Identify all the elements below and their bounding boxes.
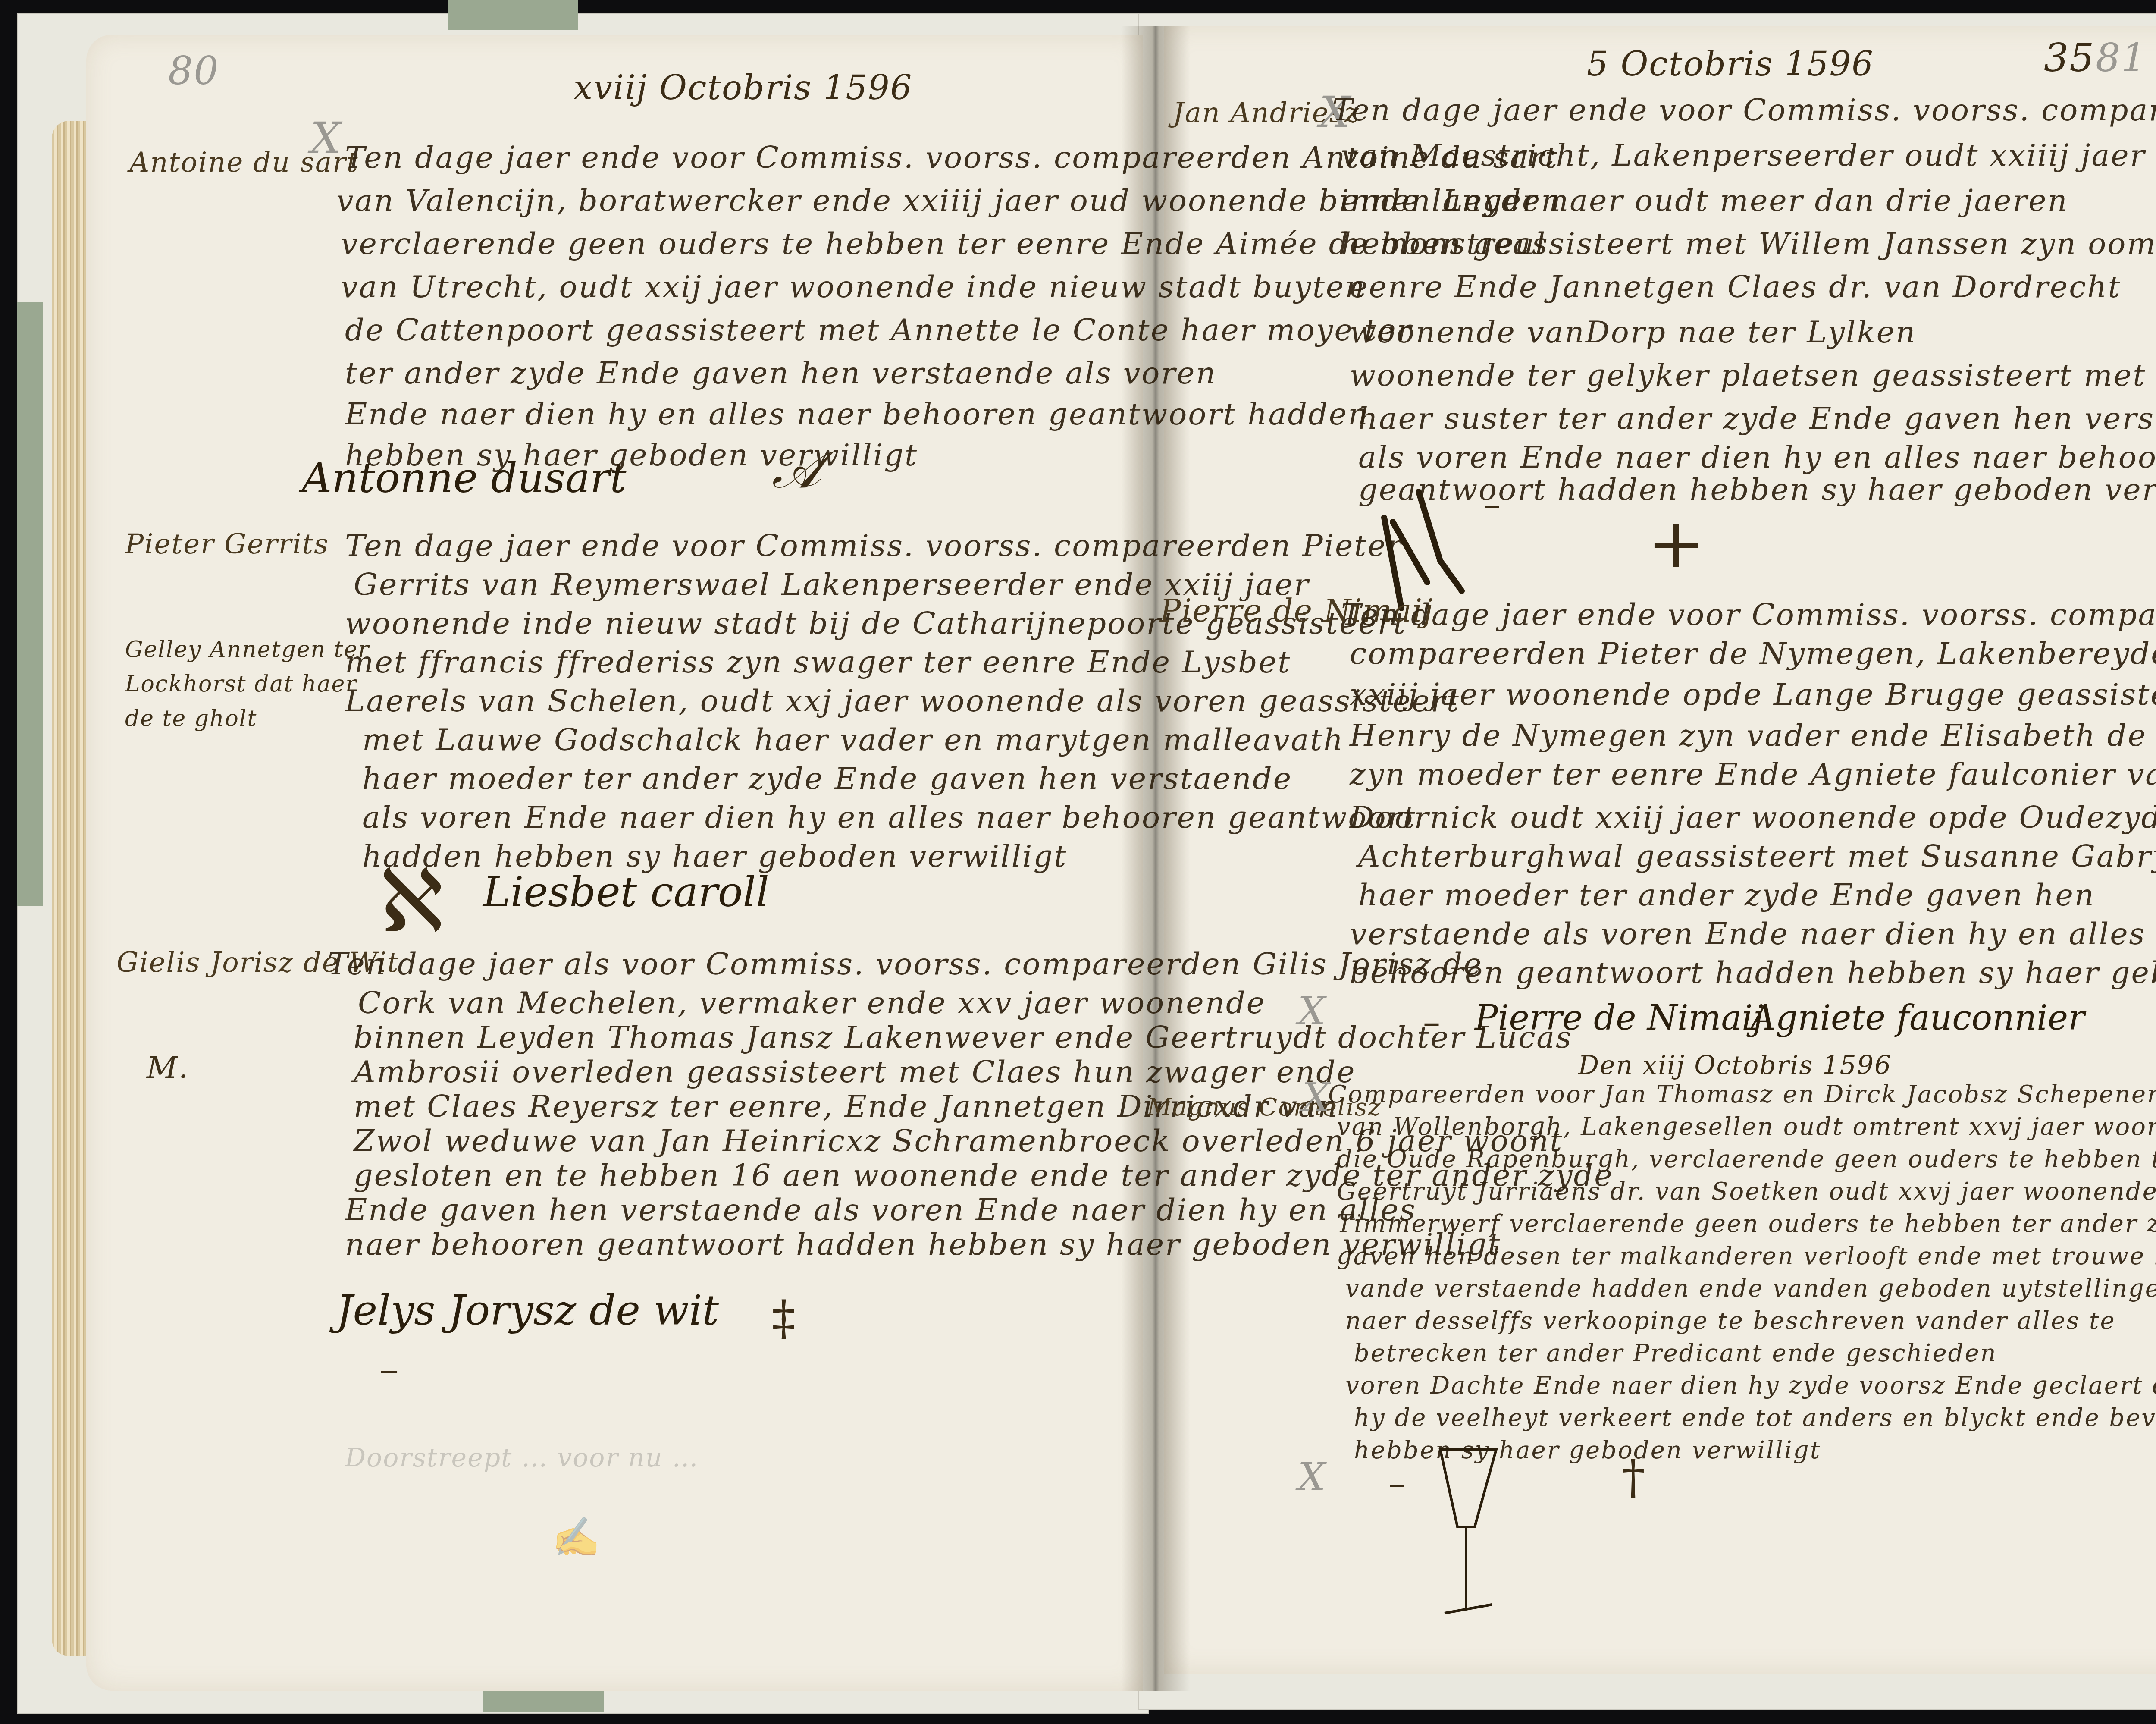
faint-mark: ✍ <box>552 1518 600 1557</box>
entry-line: hebben sy haer geboden verwilligt <box>1354 1438 1821 1463</box>
margin-note: Lockhorst dat haer <box>125 673 357 695</box>
entry-line: haer moeder ter ander zyde Ende gaven he… <box>1358 880 2095 910</box>
pencil-check-mark: X <box>1302 1078 1331 1117</box>
cloth-spine-left <box>17 302 43 906</box>
entry-line: zyn moeder ter eenre Ende Agniete faulco… <box>1350 759 2156 789</box>
pencil-check-mark: X <box>1298 1458 1326 1497</box>
entry-line: van Wollenborgh, Lakengesellen oudt omtr… <box>1337 1115 2156 1139</box>
entry-line: verstaende als voren Ende naer dien hy e… <box>1350 919 2156 949</box>
dash-mark: – <box>379 1350 399 1389</box>
entry-line: Compareerden voor Jan Thomasz en Dirck J… <box>1328 1083 2156 1107</box>
folio-number-left: 80 <box>168 52 219 91</box>
entry-line: woonende ter gelyker plaetsen geassistee… <box>1350 360 2156 390</box>
entry-line: xxiij jaer woonende opde Lange Brugge ge… <box>1350 679 2156 710</box>
signature: Pierre de Nimaij <box>1475 1001 1764 1035</box>
margin-note: de te gholt <box>125 707 257 730</box>
entry-line: als voren Ende naer dien hy en alles nae… <box>1358 442 2156 472</box>
entry-line: van Maestricht, Lakenperseerder oudt xxi… <box>1341 140 2156 170</box>
entry-line: Ten dage jaer als voor Commiss. voorss. … <box>328 949 1483 979</box>
entry-line: ter ander zyde Ende gaven hen verstaende… <box>345 358 1216 388</box>
dash-mark: – <box>1423 1005 1440 1039</box>
entry-line: eenre Ende Jannetgen Claes dr. van Dordr… <box>1350 272 2122 302</box>
margin-note: Gelley Annetgen ter <box>125 638 370 661</box>
folio-number-ink: 35 <box>2044 39 2095 78</box>
entry-line: Ten dage jaer ende voor Commiss. voorss.… <box>1332 95 2156 125</box>
faint-text: Doorstreept … voor nu … <box>345 1445 699 1471</box>
entry-line: woonende vanDorp nae ter Lylken <box>1350 317 1916 347</box>
entry-line: van Utrecht, oudt xxij jaer woonende ind… <box>341 272 1366 302</box>
entry-line: de Cattenpoort geassisteert met Annette … <box>345 315 1413 345</box>
entry-line: compareerden Pieter de Nymegen, Lakenber… <box>1350 638 2156 669</box>
signature-mark: 𝒜 <box>772 444 821 496</box>
entry-line: gaven hen desen ter malkanderen verlooft… <box>1337 1244 2156 1269</box>
dash-mark: – <box>1388 1466 1406 1501</box>
entry-line: Achterburghwal geassisteert met Susanne … <box>1358 841 2156 871</box>
chalice-mark <box>1432 1441 1509 1622</box>
entry-line: naer behooren geantwoort hadden hebben s… <box>345 1229 1501 1259</box>
entry-line: Laerels van Schelen, oudt xxj jaer woone… <box>345 686 1460 716</box>
signature: Agniete fauconnier <box>1751 1001 2084 1035</box>
date-heading: Den xiij Octobris 1596 <box>1578 1052 1892 1078</box>
entry-line: voren Dachte Ende naer dien hy zyde voor… <box>1345 1374 2156 1398</box>
entry-line: met ffrancis ffrederiss zyn swager ter e… <box>345 647 1291 677</box>
entry-line: hadden hebben sy haer geboden verwilligt <box>362 841 1067 871</box>
entry-line: Doornick oudt xxiij jaer woonende opde O… <box>1350 802 2156 832</box>
entry-line: Timmerwerf verclaerende geen ouders te h… <box>1337 1212 2156 1236</box>
entry-line: die Oude Rapenburgh, verclaerende geen o… <box>1337 1147 2156 1171</box>
margin-mark: M. <box>147 1052 189 1083</box>
date-heading-right: 5 Octobris 1596 <box>1587 47 1874 81</box>
signature: Liesbet caroll <box>483 871 769 913</box>
cross-mark: † <box>1621 1454 1645 1501</box>
entry-line: Cork van Mechelen, vermaker ende xxv jae… <box>358 988 1266 1018</box>
entry-line: hy de veelheyt verkeert ende tot anders … <box>1354 1406 2156 1430</box>
entry-line: Henry de Nymegen zyn vader ende Elisabet… <box>1350 720 2156 751</box>
cross-mark: ‡ <box>772 1294 796 1341</box>
entry-line: behooren geantwoort hadden hebben sy hae… <box>1350 958 2156 988</box>
pencil-check-mark: X <box>310 116 342 160</box>
entry-line: Ambrosii overleden geassisteert met Clae… <box>354 1057 1356 1087</box>
entry-line: hebben geassisteert met Willem Janssen z… <box>1341 229 2156 259</box>
entry-line: binnen Leyden Thomas Jansz Lakenwever en… <box>354 1022 1573 1052</box>
signature: Jelys Jorysz de wit <box>336 1290 719 1331</box>
entry-line: haer moeder ter ander zyde Ende gaven he… <box>362 763 1292 794</box>
cloth-tab-top <box>448 0 578 30</box>
date-heading-left: xviij Octobris 1596 <box>573 71 912 105</box>
entry-line: Geertruyt Jurriaens dr. van Soetken oudt… <box>1337 1180 2156 1204</box>
signature-mark: ℵ <box>379 858 444 945</box>
entry-line: Ten dage jaer ende voor Commiss. voorss.… <box>345 531 1403 561</box>
folio-number-pencil: 81 <box>2096 39 2147 78</box>
entry-line: ende langer naer oudt meer dan drie jaer… <box>1341 185 2068 216</box>
margin-name: Pieter Gerrits <box>125 531 329 558</box>
entry-line: als voren Ende naer dien hy en alles nae… <box>362 802 1416 832</box>
entry-line: naer desselffs verkoopinge te beschreven… <box>1345 1309 2116 1333</box>
entry-line: betrecken ter ander Predicant ende gesch… <box>1354 1341 1997 1366</box>
entry-line: met Lauwe Godschalck haer vader en maryt… <box>362 725 1344 755</box>
signature: Antonne dusart <box>302 457 627 499</box>
entry-line: Ende gaven hen verstaende als voren Ende… <box>345 1195 1416 1225</box>
dash-mark: – <box>1483 487 1501 522</box>
entry-line: haer suster ter ander zyde Ende gaven he… <box>1358 403 2156 433</box>
entry-line: vande verstaende hadden ende vanden gebo… <box>1345 1277 2156 1301</box>
pencil-check-mark: X <box>1298 992 1326 1031</box>
entry-line: Ten dage jaer ende voor Commiss. voorss.… <box>1341 600 2156 630</box>
entry-line: Ende naer dien hy en alles naer behooren… <box>345 399 1369 429</box>
cross-mark: + <box>1647 509 1705 578</box>
